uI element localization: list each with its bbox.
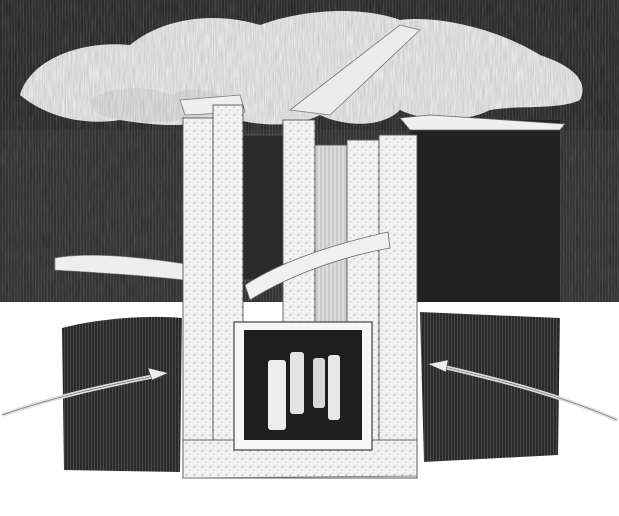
window-bar-3 bbox=[313, 358, 325, 408]
left-dark-panel bbox=[62, 317, 182, 472]
window-bar-4 bbox=[328, 355, 340, 420]
right-dark-block bbox=[410, 120, 560, 302]
framed-window bbox=[234, 322, 372, 450]
window-bar-1 bbox=[268, 360, 286, 430]
drawing-canvas bbox=[0, 0, 619, 516]
post-1 bbox=[183, 118, 213, 478]
gap-dark-1 bbox=[243, 135, 283, 280]
window-bar-2 bbox=[290, 352, 304, 414]
post-6 bbox=[379, 135, 417, 478]
right-dark-panel bbox=[420, 312, 560, 462]
pen-ink-drawing bbox=[0, 0, 619, 516]
